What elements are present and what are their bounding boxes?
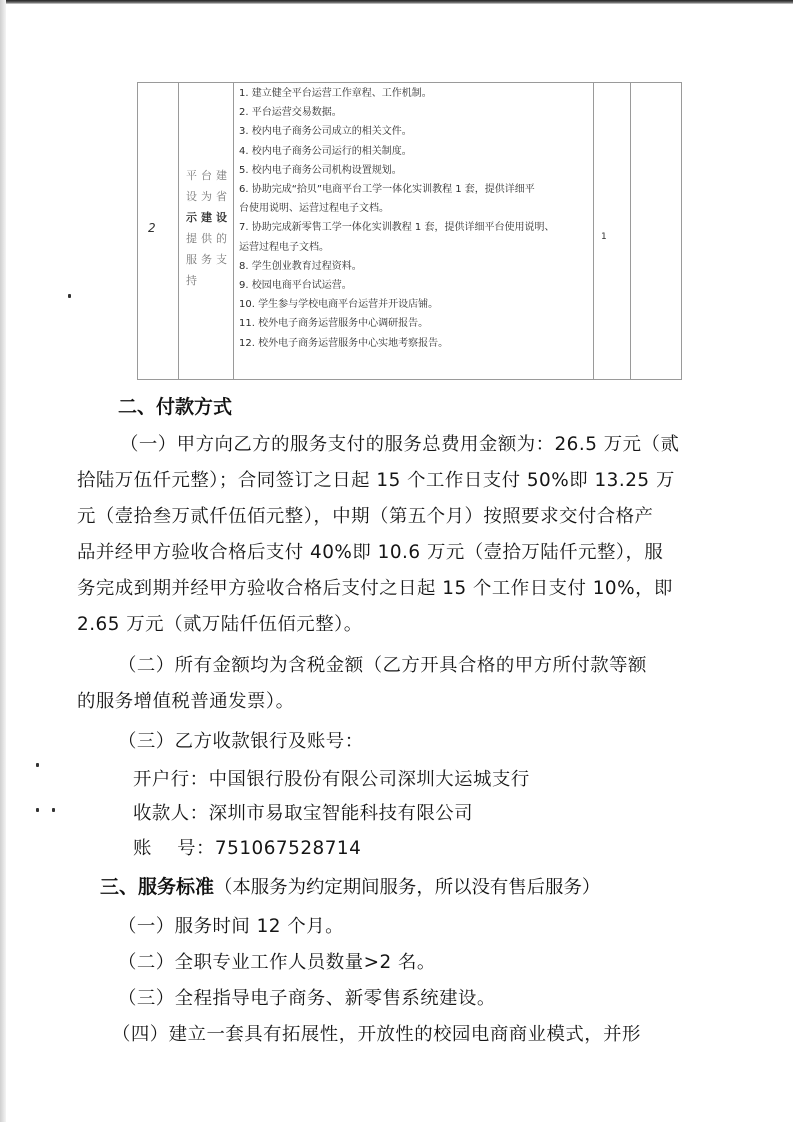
bank-name-line: 开户行：中国银行股份有限公司深圳大运城支行 — [133, 765, 773, 791]
table-row-number: 2 — [148, 221, 156, 235]
table-item: 1. 建立健全平台运营工作章程、工作机制。 — [239, 84, 591, 103]
bank-account-intro: （三）乙方收款银行及账号： — [118, 727, 758, 753]
account-number-label: 账 号： — [133, 838, 215, 859]
scan-speck — [36, 763, 39, 767]
table-item: 6. 协助完成“拾贝”电商平台工学一体化实训教程 1 套，提供详细平 — [239, 180, 591, 199]
category-line: 设为省 — [186, 186, 232, 207]
table-item: 2. 平台运营交易数据。 — [239, 103, 591, 122]
category-line: 持 — [186, 270, 232, 291]
table-quantity-cell: 1 — [601, 232, 607, 242]
category-line: 示建设 — [186, 207, 232, 228]
account-number-line: 账 号：751067528714 — [133, 834, 773, 860]
table-col-divider — [630, 83, 631, 379]
scan-speck — [52, 808, 55, 812]
table-category-cell: 平台建 设为省 示建设 提供的 服务支 持 — [186, 165, 232, 291]
bank-name-value: 中国银行股份有限公司深圳大运城支行 — [209, 769, 530, 790]
table-item: 运营过程电子文档。 — [239, 238, 591, 257]
payment-paragraph-line: 品并经甲方验收合格后支付 40%即 10.6 万元（壹拾万陆仟元整），服 — [77, 538, 717, 564]
scan-speck — [68, 294, 71, 298]
bank-name-label: 开户行： — [133, 769, 209, 790]
table-item: 9. 校园电商平台试运营。 — [239, 276, 591, 295]
service-standard-item: （三）全程指导电子商务、新零售系统建设。 — [118, 984, 758, 1010]
payment-paragraph-line: 拾陆万伍仟元整）；合同签订之日起 15 个工作日支付 50%即 13.25 万 — [77, 466, 717, 492]
payment-paragraph-line: 元（壹拾叁万贰仟伍佰元整），中期（第五个月）按照要求交付合格产 — [77, 502, 717, 528]
table-item: 3. 校内电子商务公司成立的相关文件。 — [239, 122, 591, 141]
table-col-divider — [178, 83, 179, 379]
deliverables-table: 2 平台建 设为省 示建设 提供的 服务支 持 1. 建立健全平台运营工作章程、… — [137, 82, 682, 380]
tax-paragraph-line: （二）所有金额均为含税金额（乙方开具合格的甲方所付款等额 — [118, 651, 758, 677]
service-standard-note: （本服务为约定期间服务，所以没有售后服务） — [214, 877, 600, 898]
section-heading-payment: 二、付款方式 — [118, 392, 232, 419]
payment-paragraph-line: 2.65 万元（贰万陆仟伍佰元整）。 — [77, 610, 717, 636]
table-item: 7. 协助完成新零售工学一体化实训教程 1 套，提供详细平台使用说明、 — [239, 218, 591, 237]
table-item: 5. 校内电子商务公司机构设置规划。 — [239, 161, 591, 180]
account-number-value: 751067528714 — [215, 838, 361, 859]
category-line: 服务支 — [186, 249, 232, 270]
payee-value: 深圳市易取宝智能科技有限公司 — [209, 803, 473, 824]
section-heading-service-standard: 三、服务标准（本服务为约定期间服务，所以没有售后服务） — [100, 872, 600, 899]
table-items-cell: 1. 建立健全平台运营工作章程、工作机制。 2. 平台运营交易数据。 3. 校内… — [239, 84, 591, 353]
table-item: 8. 学生创业教育过程资料。 — [239, 257, 591, 276]
service-standard-item: （二）全职专业工作人员数量>2 名。 — [118, 948, 758, 974]
payee-label: 收款人： — [133, 803, 209, 824]
service-standard-item: （四）建立一套具有拓展性，开放性的校园电商商业模式，并形 — [112, 1020, 752, 1046]
payment-paragraph-line: 务完成到期并经甲方验收合格后支付之日起 15 个工作日支付 10%，即 — [77, 574, 717, 600]
table-item: 11. 校外电子商务运营服务中心调研报告。 — [239, 314, 591, 333]
table-item: 10. 学生参与学校电商平台运营并开设店铺。 — [239, 295, 591, 314]
service-standard-title: 三、服务标准 — [100, 876, 214, 898]
category-line: 提供的 — [186, 228, 232, 249]
table-col-divider — [233, 83, 234, 379]
table-item: 4. 校内电子商务公司运行的相关制度。 — [239, 142, 591, 161]
table-col-divider — [593, 83, 594, 379]
payee-line: 收款人：深圳市易取宝智能科技有限公司 — [133, 799, 773, 825]
category-line: 平台建 — [186, 165, 232, 186]
table-item: 台使用说明、运营过程电子文档。 — [239, 199, 591, 218]
scan-edge-top — [0, 0, 793, 4]
scan-edge-left — [0, 0, 6, 1122]
service-standard-item: （一）服务时间 12 个月。 — [118, 912, 758, 938]
payment-paragraph-line: （一）甲方向乙方的服务支付的服务总费用金额为：26.5 万元（贰 — [120, 430, 760, 456]
scan-speck — [36, 808, 39, 812]
table-item: 12. 校外电子商务运营服务中心实地考察报告。 — [239, 334, 591, 353]
tax-paragraph-line: 的服务增值税普通发票）。 — [77, 687, 717, 713]
